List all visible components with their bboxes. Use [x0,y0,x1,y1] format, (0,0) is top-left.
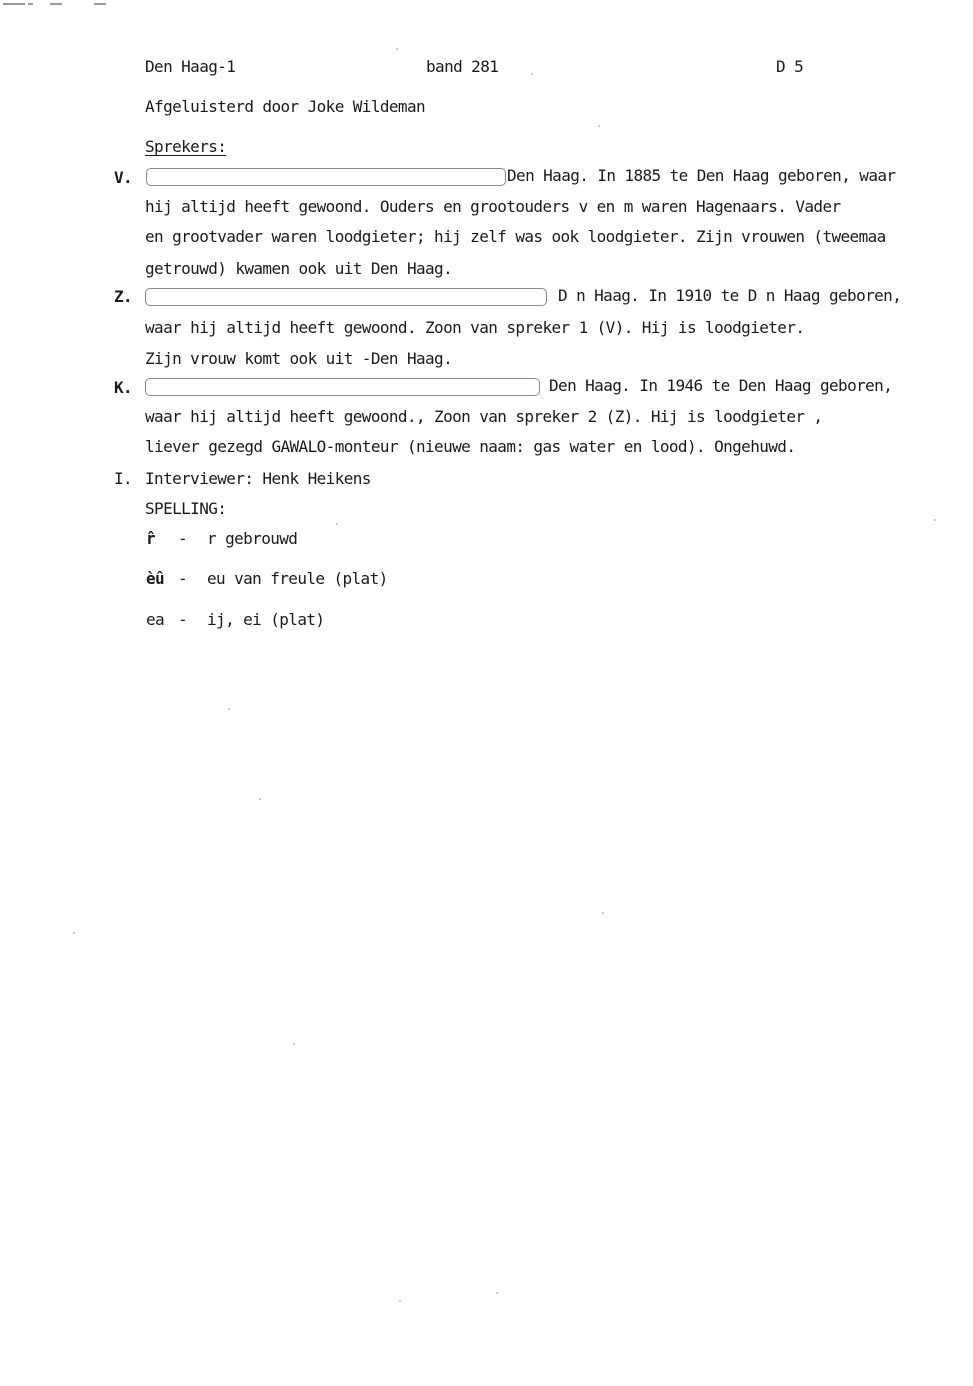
speakers-heading: Sprekers: [145,137,226,157]
scan-artifact [50,3,62,5]
scan-speck [396,48,398,50]
scan-speck [336,523,338,525]
speaker-marker: K. [114,378,132,398]
spelling-dash: - [178,610,187,630]
scan-speck [598,125,600,127]
speaker-text-line: Den Haag. In 1946 te Den Haag geboren, [549,376,892,396]
scan-speck [399,1300,401,1302]
speaker-text-line: liever gezegd GAWALO-monteur (nieuwe naa… [145,437,795,457]
spelling-heading: SPELLING: [145,499,226,519]
header-location: Den Haag-1 [145,57,235,77]
scan-speck [293,1043,295,1045]
speaker-text-line: waar hij altijd heeft gewoond., Zoon van… [145,407,822,427]
interviewer-marker: I. [114,469,132,489]
header-tape-number: band 281 [426,57,498,77]
speaker-text-line: hij altijd heeft gewoond. Ouders en groo… [145,197,841,217]
scan-speck [73,932,75,934]
redacted-name-box [145,378,540,396]
scan-speck [228,708,230,710]
scan-speck [259,798,261,800]
spelling-meaning: ij, ei (plat) [207,610,324,630]
speaker-text-line: waar hij altijd heeft gewoond. Zoon van … [145,318,804,338]
spelling-symbol: r̂ [146,529,155,549]
spelling-meaning: r gebrouwd [207,529,297,549]
spelling-symbol: ea [146,610,164,630]
scan-speck [602,912,604,914]
speaker-text-line: Den Haag. In 1885 te Den Haag geboren, w… [507,166,895,186]
speaker-marker: Z. [114,287,132,307]
spelling-dash: - [178,569,187,589]
header-code: D 5 [776,57,803,77]
speaker-text-line: D n Haag. In 1910 te D n Haag geboren, [558,286,901,306]
speaker-text-line: en grootvader waren loodgieter; hij zelf… [145,227,886,247]
scan-artifact [28,3,33,5]
spelling-symbol: èû [146,569,164,589]
listened-by: Afgeluisterd door Joke Wildeman [145,97,425,117]
scan-speck [934,519,936,521]
speaker-text-line: getrouwd) kwamen ook uit Den Haag. [145,259,452,279]
redacted-name-box [145,288,547,306]
scan-speck [531,73,533,75]
scan-speck [496,1292,498,1294]
spelling-dash: - [178,529,187,549]
scan-artifact [3,3,25,5]
speaker-marker: V. [114,168,132,188]
interviewer-text: Interviewer: Henk Heikens [145,469,371,489]
scan-artifact [94,3,106,5]
spelling-meaning: eu van freule (plat) [207,569,388,589]
speaker-text-line: Zijn vrouw komt ook uit -Den Haag. [145,349,452,369]
redacted-name-box [146,168,506,186]
